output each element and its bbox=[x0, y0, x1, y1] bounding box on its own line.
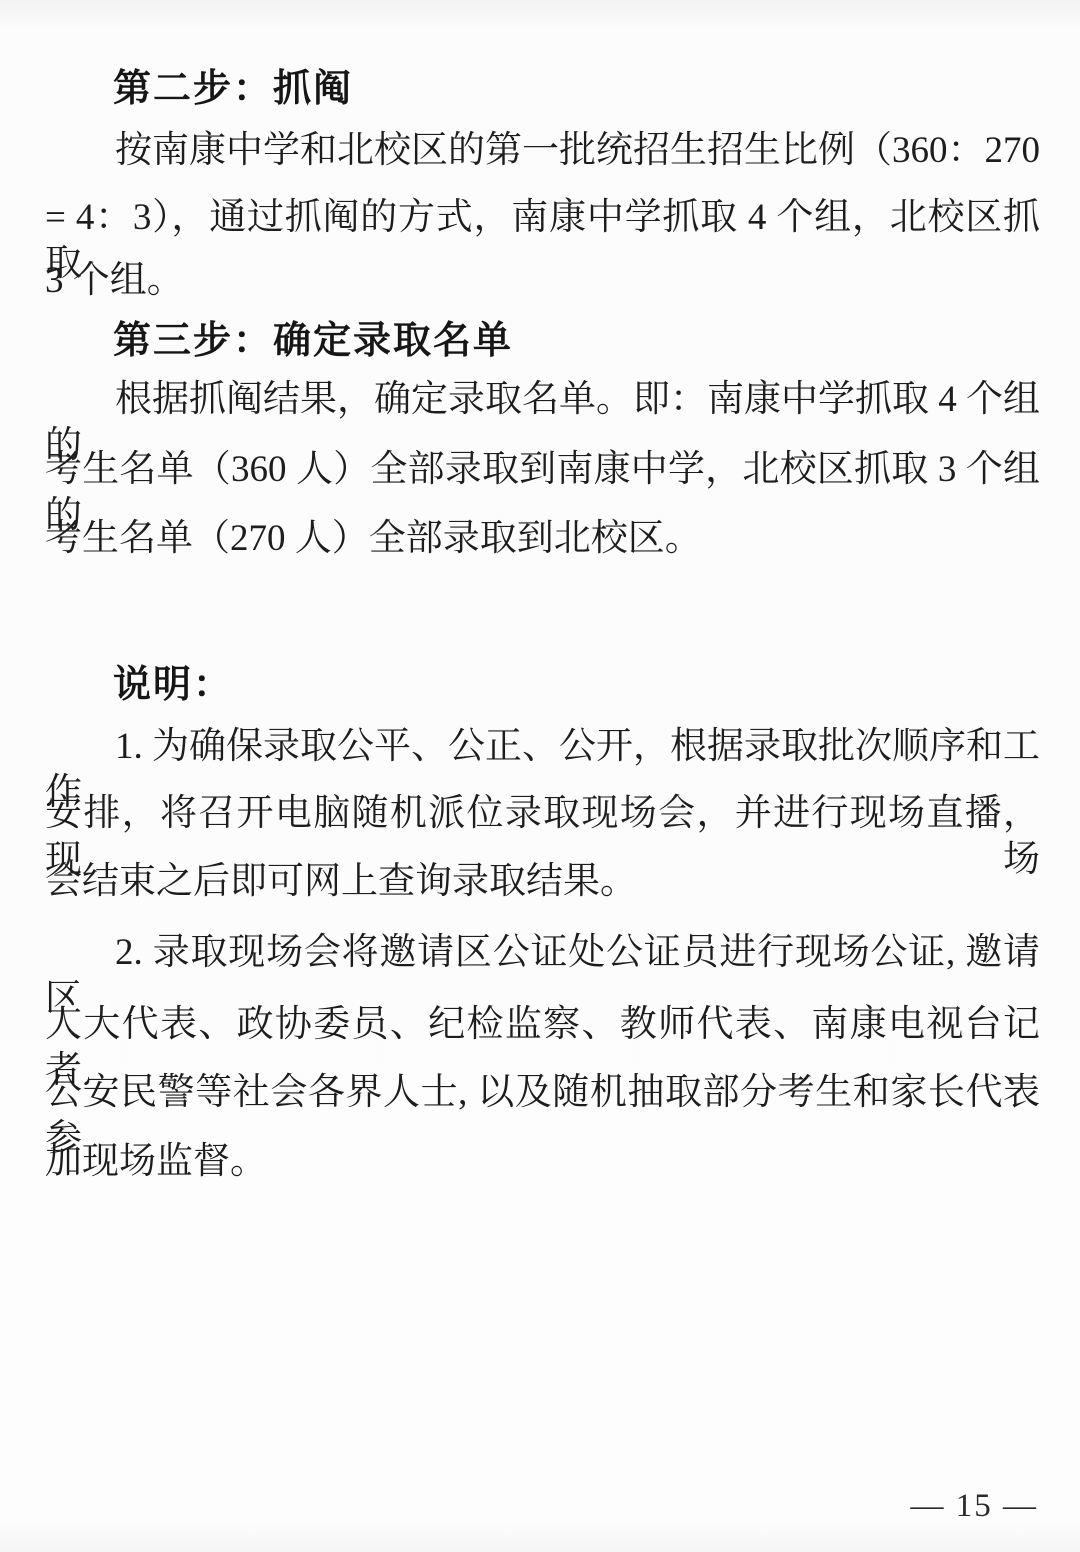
step3-line-3: 考生名单（270 人）全部录取到北校区。 bbox=[45, 516, 1040, 562]
step2-line-3: 3 个组。 bbox=[45, 258, 1040, 304]
document-page: 第二步：抓阄 按南康中学和北校区的第一批统招生招生比例（360：270 = 4：… bbox=[0, 0, 1080, 1552]
notes-heading: 说明： bbox=[113, 662, 233, 708]
page-number: — 15 — bbox=[911, 1488, 1039, 1525]
step2-line-1: 按南康中学和北校区的第一批统招生招生比例（360：270 bbox=[45, 128, 1040, 174]
step3-heading: 第三步：确定录取名单 bbox=[113, 318, 513, 364]
note2-line-4: 加现场监督。 bbox=[45, 1139, 1040, 1185]
step2-heading: 第二步：抓阄 bbox=[113, 66, 353, 112]
note1-line-3: 会结束之后即可网上查询录取结果。 bbox=[45, 859, 1040, 905]
